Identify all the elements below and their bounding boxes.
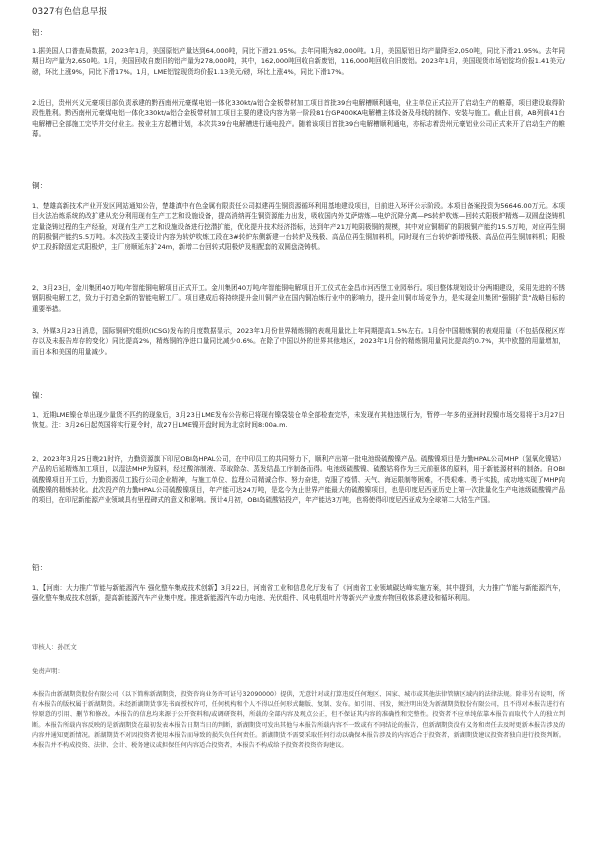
reviewer-label: 审核人：孙匡文 [32, 642, 77, 651]
nickel-paragraph-1: 1、近期LME镍仓单出现少量货不匹约的现象后，3月23日LME发布公告称已将现有… [32, 410, 565, 431]
section-heading-lead: 铅： [32, 562, 47, 573]
copper-paragraph-2: 2、3月23日，金川集团40万吨/年智能铜电解项目正式开工。金川集团40万吨/年… [32, 283, 565, 314]
section-heading-aluminum: 铝： [32, 27, 47, 38]
lead-paragraph-1: 1、【河南：大力推广节能与新能源汽车 强化整车集成技术创新】3月22日，河南省工… [32, 583, 565, 604]
disclaimer-text: 本报告由新湖期货股份有限公司（以下简称新湖期货，投资咨询业务许可证号320900… [32, 690, 565, 751]
copper-paragraph-3: 3、外媒3月23日消息，国际铜研究组织(ICSG)发布的月度数据显示，2023年… [32, 326, 565, 357]
document-title: 0327有色信息早报 [32, 5, 107, 17]
section-heading-copper: 铜： [32, 180, 47, 191]
disclaimer-heading: 免责声明： [32, 666, 64, 675]
copper-paragraph-1: 1、楚雄高新技术产业开发区网站通知公告，楚雄滇中有色金属有限责任公司拟建再生铜资… [32, 201, 565, 252]
aluminum-paragraph-1: 1.据美国人口普查局数据，2023年1月，美国原铝产量达到64,000吨，同比下… [32, 46, 565, 77]
section-heading-nickel: 镍： [32, 390, 47, 401]
nickel-paragraph-2: 2、2023年3月25日晚21时许，力勤资源旗下印尼OBI岛HPAL公司，在中印… [32, 454, 565, 505]
aluminum-paragraph-2: 2.近日，贵州兴义元豪项目部负责承建的黔西南州元豪煤电铝一体化330kt/a铝合… [32, 98, 565, 139]
